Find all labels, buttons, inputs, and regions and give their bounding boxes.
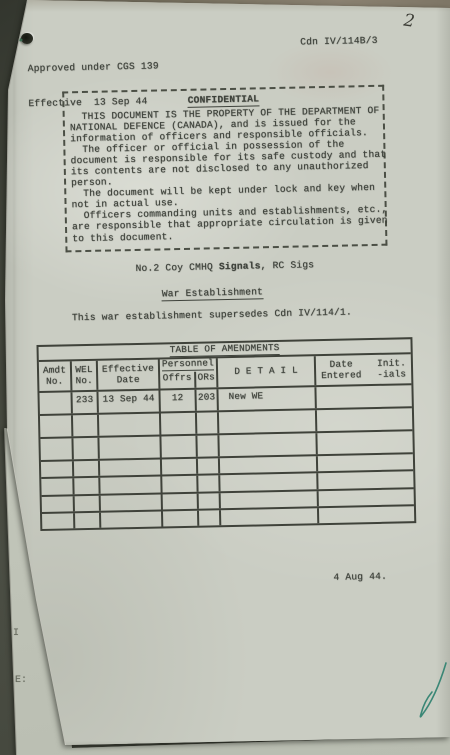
teal-thread-mark-icon [405, 655, 450, 725]
column-header-personnel: Personnel [160, 358, 216, 372]
column-header-wel: WEL No. [72, 361, 99, 391]
table-cell [318, 471, 413, 489]
table-cell [219, 433, 317, 456]
table-cell [198, 475, 220, 491]
column-header-date-entered: Date Entered [321, 359, 362, 381]
unit-title: No.2 Coy CMHQ Signals, RC Sigs [19, 257, 431, 277]
unit-title-emphasis: Signals [219, 260, 261, 272]
table-cell: 12 [160, 390, 196, 412]
table-cell [162, 476, 198, 493]
supersedes-note: This war establishment supersedes Cdn IV… [72, 306, 352, 323]
table-cell [319, 506, 414, 523]
table-cell [101, 511, 163, 527]
table-cell: 13 Sep 44 [98, 390, 160, 412]
document-page: Approved under CGS 139 Effective 13 Sep … [0, 0, 450, 755]
table-cell [41, 478, 74, 495]
approval-line-1: Approved under CGS 139 [28, 60, 159, 74]
security-box-body: THIS DOCUMENT IS THE PROPERTY OF THE DEP… [70, 104, 381, 244]
column-header-personnel-group: Personnel Offrs ORs [160, 358, 219, 388]
table-cell [317, 431, 412, 454]
table-cell [197, 435, 219, 456]
column-header-date-entered-initials: Date Entered Init. -ials [316, 354, 412, 385]
table-cell [161, 436, 197, 458]
column-header-detail: D E T A I L [218, 356, 317, 387]
table-cell [162, 459, 198, 475]
table-cell [73, 415, 99, 437]
reference-number: Cdn IV/114B/3 [300, 35, 378, 48]
table-cell [317, 408, 412, 431]
table-cell [100, 459, 162, 475]
table-cell [221, 491, 319, 508]
column-header-initials: Init. -ials [377, 358, 406, 380]
amendments-table-body: 23313 Sep 4412203New WE [39, 385, 414, 529]
table-cell [220, 473, 318, 491]
table-cell [75, 496, 101, 512]
table-cell [220, 456, 318, 473]
table-cell: 233 [72, 392, 98, 414]
table-cell [219, 410, 317, 433]
table-cell [197, 412, 219, 433]
date-note: 4 Aug 44. [333, 571, 387, 584]
table-cell: 203 [196, 389, 218, 410]
table-cell [161, 413, 197, 435]
table-cell: New WE [218, 387, 316, 410]
table-cell [42, 513, 75, 529]
table-cell [75, 513, 101, 529]
column-header-ors: ORs [196, 371, 216, 387]
unit-title-suffix: , RC Sigs [260, 259, 314, 271]
table-cell [199, 493, 221, 508]
subtitle-row: War Establishment [7, 283, 417, 303]
table-cell [163, 511, 199, 527]
column-header-offrs: Offrs [160, 372, 196, 389]
war-establishment-subtitle: War Establishment [162, 286, 264, 301]
table-cell [74, 478, 100, 495]
handwritten-page-number: 2 [402, 11, 415, 32]
table-cell [319, 489, 414, 506]
table-cell [100, 476, 162, 493]
table-cell [198, 458, 220, 473]
table-cell [99, 413, 161, 435]
table-cell [74, 461, 100, 477]
table-cell [40, 415, 73, 437]
table-cell [199, 510, 221, 525]
table-cell [73, 438, 99, 460]
table-cell [318, 454, 413, 471]
table-cell [41, 461, 74, 477]
typed-content-layer: Approved under CGS 139 Effective 13 Sep … [0, 0, 450, 755]
table-cell [42, 496, 75, 512]
table-cell [163, 494, 199, 510]
column-header-amdt: Amdt No. [39, 361, 73, 391]
unit-title-prefix: No.2 Coy CMHQ [135, 261, 219, 274]
table-cell [39, 392, 72, 414]
security-classification-box: CONFIDENTIAL THIS DOCUMENT IS THE PROPER… [62, 85, 387, 252]
table-cell [99, 436, 161, 458]
column-header-effective-date: Effective Date [98, 359, 161, 389]
table-cell [101, 494, 163, 510]
main-page-wrap: Approved under CGS 139 Effective 13 Sep … [0, 0, 450, 755]
amendments-table: TABLE OF AMENDMENTS Amdt No. WEL No. Eff… [36, 337, 416, 531]
table-cell [316, 385, 411, 408]
lace-thread-icon [0, 28, 30, 50]
table-cell [40, 438, 73, 460]
table-cell [221, 508, 319, 525]
